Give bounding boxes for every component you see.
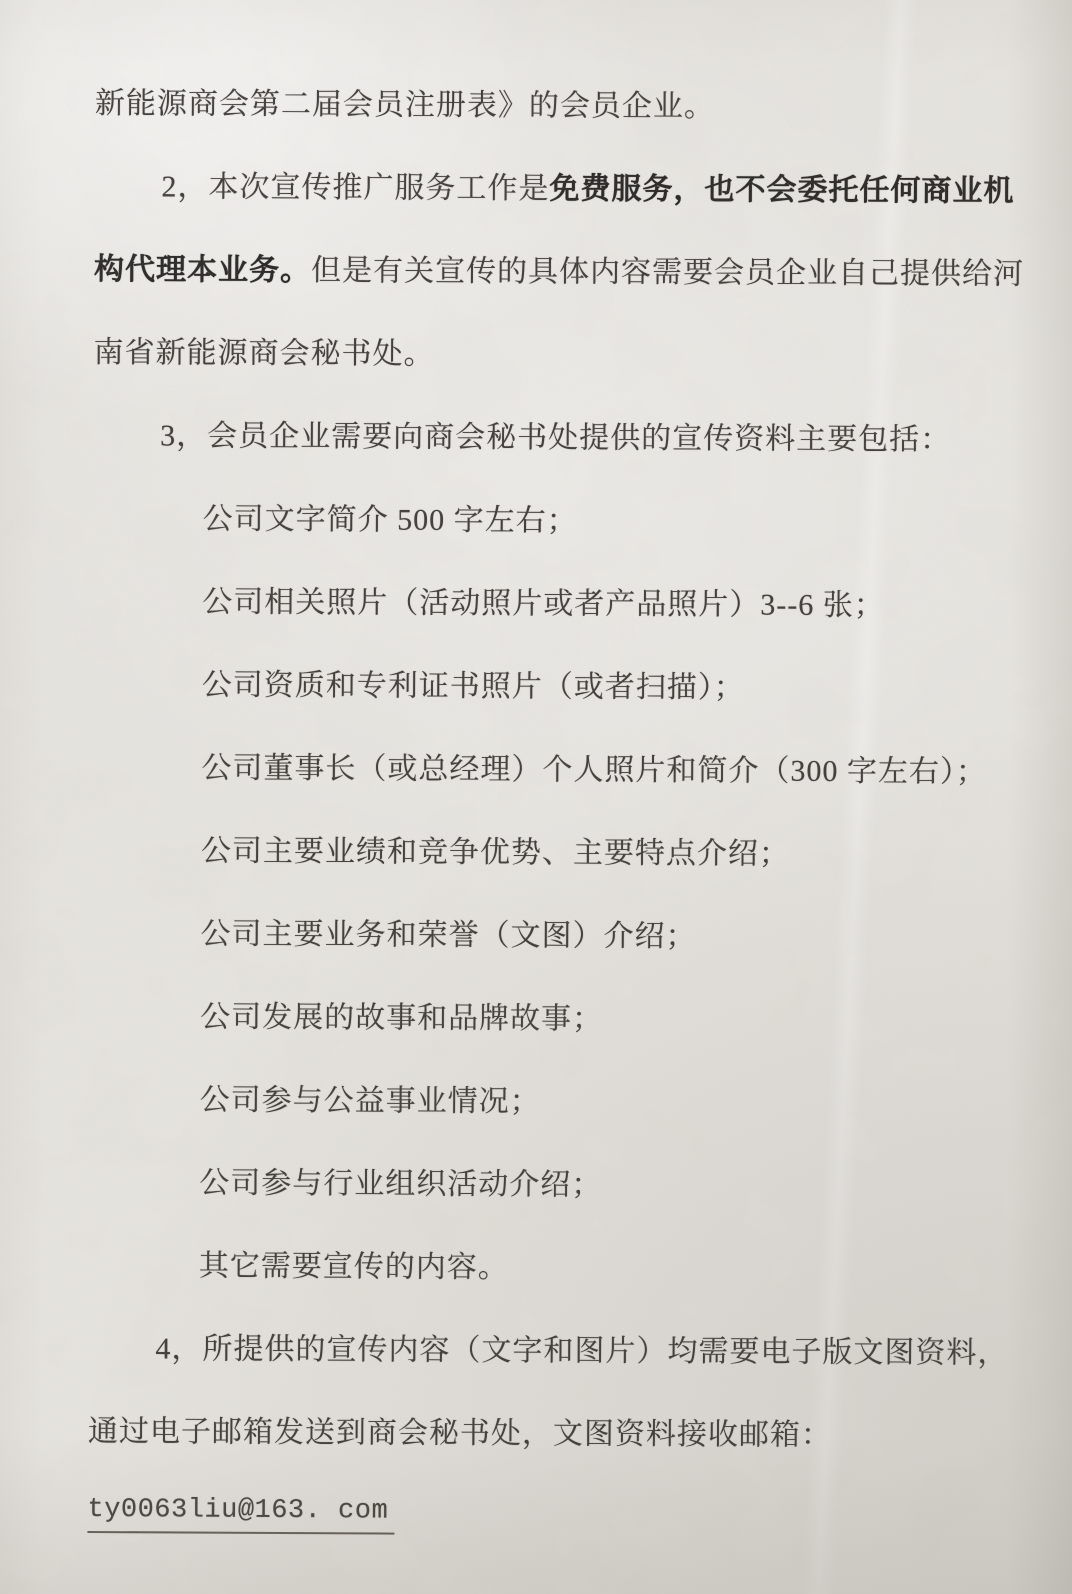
text-segment: 公司主要业务和荣誉（文图）介绍； <box>200 918 696 954</box>
text-segment: 南省新能源商会秘书处。 <box>94 336 435 371</box>
document-text-layer: 新能源商会第二届会员注册表》的会员企业。 2，本次宣传推广服务工作是免费服务，也… <box>0 0 1072 1594</box>
text-segment: 公司发展的故事和品牌故事； <box>200 1001 603 1036</box>
list-item-line: 公司相关照片（活动照片或者产品照片）3--6 张； <box>202 583 885 627</box>
text-segment: 2，本次宣传推广服务工作是 <box>161 170 549 205</box>
text-segment: 通过电子邮箱发送到商会秘书处，文图资料接收邮箱： <box>88 1415 832 1452</box>
text-segment: 公司主要业绩和竞争优势、主要特点介绍； <box>201 835 790 871</box>
list-item-line: 公司发展的故事和品牌故事； <box>200 998 603 1040</box>
text-line: 2，本次宣传推广服务工作是免费服务，也不会委托任何商业机 <box>161 167 1014 211</box>
list-item-line: 公司参与行业组织活动介绍； <box>199 1164 602 1206</box>
text-segment: 公司董事长（或总经理）个人照片和简介（300 字左右）； <box>201 752 987 789</box>
text-line: 新能源商会第二届会员注册表》的会员企业。 <box>95 84 715 127</box>
list-item-line: 公司资质和专利证书照片（或者扫描）； <box>202 666 745 709</box>
text-segment: 公司相关照片（活动照片或者产品照片）3--6 张； <box>202 586 885 623</box>
text-segment: 新能源商会第二届会员注册表》的会员企业。 <box>95 87 715 123</box>
text-line: 构代理本业务。但是有关宣传的具体内容需要会员企业自己提供给河 <box>94 250 1024 295</box>
text-segment: 其它需要宣传的内容。 <box>199 1250 509 1285</box>
text-segment-bold: 构代理本业务。 <box>94 253 311 287</box>
text-segment: 公司文字简介 500 字左右； <box>203 503 578 538</box>
text-segment: 公司参与公益事业情况； <box>200 1084 541 1119</box>
list-item-line: 公司主要业务和荣誉（文图）介绍； <box>200 915 696 958</box>
email-address: ty0063liu@163. com <box>87 1493 394 1535</box>
text-line: 通过电子邮箱发送到商会秘书处，文图资料接收邮箱： <box>88 1412 832 1456</box>
list-item-line: 公司文字简介 500 字左右； <box>203 500 578 542</box>
list-item-line: 公司参与公益事业情况； <box>200 1081 541 1123</box>
list-item-line: 公司主要业绩和竞争优势、主要特点介绍； <box>201 832 790 875</box>
list-item-line: 其它需要宣传的内容。 <box>199 1247 509 1289</box>
text-segment: 3，会员企业需要向商会秘书处提供的宣传资料主要包括： <box>160 419 951 456</box>
text-segment: 但是有关宣传的具体内容需要会员企业自己提供给河 <box>311 254 1024 291</box>
list-item-line: 公司董事长（或总经理）个人照片和简介（300 字左右）； <box>201 749 987 793</box>
text-segment: 4，所提供的宣传内容（文字和图片）均需要电子版文图资料， <box>155 1332 1008 1369</box>
text-line: 南省新能源商会秘书处。 <box>93 333 434 375</box>
text-segment: 公司资质和专利证书照片（或者扫描）； <box>202 669 745 705</box>
document-photo: 新能源商会第二届会员注册表》的会员企业。 2，本次宣传推广服务工作是免费服务，也… <box>0 0 1072 1594</box>
text-segment-bold: 免费服务，也不会委托任何商业机 <box>549 172 1014 207</box>
text-segment: 公司参与行业组织活动介绍； <box>199 1167 602 1202</box>
text-line: 3，会员企业需要向商会秘书处提供的宣传资料主要包括： <box>160 416 951 460</box>
text-line: 4，所提供的宣传内容（文字和图片）均需要电子版文图资料， <box>155 1329 1008 1373</box>
